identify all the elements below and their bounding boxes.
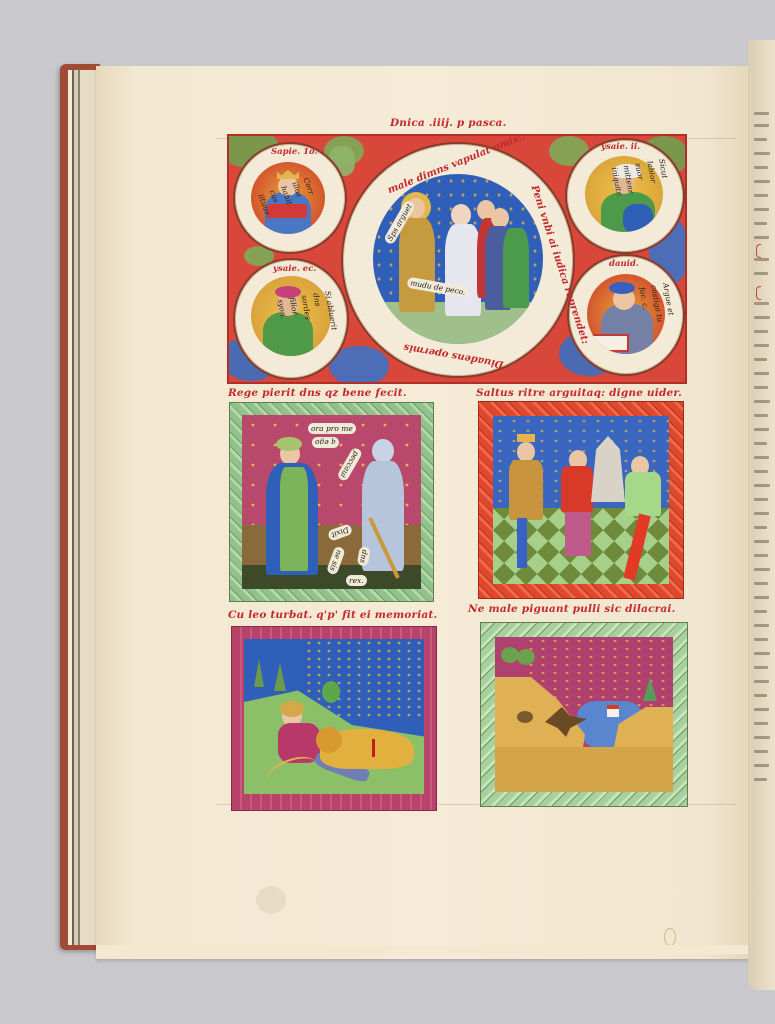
tree: [274, 663, 286, 691]
miniature-prophet-knight: ora pro me q ego peccaui Dixit dns ne si…: [229, 402, 434, 602]
medallion-label: dauid.: [609, 259, 639, 269]
medallion-david: dauid. Argue et castiga tu fac. c.: [567, 254, 685, 376]
tiny-house: [607, 705, 619, 717]
stain: [256, 886, 286, 914]
tree: [517, 649, 535, 665]
tree: [254, 659, 264, 687]
miniature-lion-archer: [231, 626, 437, 811]
rock-ground: [495, 747, 673, 792]
king-tunic: [509, 460, 543, 520]
christ-figure: [399, 218, 435, 312]
medallion-label: ysaie. ii.: [601, 142, 640, 152]
crown-icon: [517, 434, 535, 442]
page-edges: [68, 70, 98, 945]
apostle-green-robe: [503, 228, 529, 308]
green-hood: [276, 437, 302, 451]
blue-hose: [517, 518, 527, 568]
blonde-hair: [280, 701, 304, 717]
crown-icon: [277, 170, 299, 179]
miniature-eagles-nest: [480, 622, 688, 807]
bearer-green-tunic: [625, 472, 661, 516]
pink-hose: [565, 512, 591, 556]
blue-cap: [609, 282, 635, 294]
scene-background: [493, 416, 669, 584]
header-rubric: Dnica .iiij. p pasca.: [390, 117, 506, 129]
blood: [372, 739, 375, 757]
medallion-sapientia: Sapie. 1o. Corr illos habit cus iituus.: [233, 142, 347, 254]
miniature-caption: Saltus ritre arguitaq: digne uider.: [476, 387, 682, 399]
lion-head: [316, 727, 342, 753]
ring-inscription: Diuadens opermis: [403, 341, 505, 369]
medallion-ysaie-ii: ysaie. ii. Sicut labior suor mittenr ini…: [565, 138, 685, 254]
scene-background: [244, 639, 424, 794]
apostle-head: [491, 208, 509, 228]
bearer-red-tunic: [561, 466, 593, 512]
scene-background: ora pro me q ego peccaui Dixit dns ne si…: [242, 415, 421, 589]
medallion-label: ysaie. ec.: [273, 264, 316, 274]
top-illuminated-panel: Sapie. 1o. Corr illos habit cus iituus. …: [227, 134, 687, 384]
prophet-green-robe: [280, 467, 308, 571]
blue-mantle: [623, 204, 653, 232]
miniature-caption: Ne male piguant pulli sic dilacrai.: [468, 603, 675, 615]
open-book: [591, 334, 629, 352]
speech-scroll: q ego: [312, 437, 339, 448]
tree: [322, 681, 340, 703]
apostle-head: [451, 204, 471, 226]
speech-scroll: ora pro me: [308, 423, 356, 434]
miniature-caption: Cu leo turbat. q'p' fit ei memoriat.: [228, 609, 437, 621]
medallion-inscription: Argue et castiga tu fac. c.: [636, 282, 678, 328]
miniature-caption: Rege pierit dns qz bene fecit.: [228, 387, 407, 399]
knight-helmet: [372, 439, 394, 463]
roundel-background: Sps arguet mudu de peco.: [373, 174, 543, 344]
scene-background: [495, 637, 673, 792]
medallion-ysaie-ec: ysaie. ec. Si abluerit dns sordes filior…: [233, 258, 349, 380]
miniature-shrine-bearers: [478, 401, 684, 599]
king-head: [517, 442, 535, 462]
central-roundel: Sps arguet mudu de peco. male dimns vapu…: [341, 142, 575, 378]
stain: [664, 928, 676, 946]
apostle-white-robe: [445, 224, 481, 316]
facing-page-edge: [748, 40, 775, 990]
medallion-label: Sapie. 1o.: [271, 147, 318, 157]
speech-scroll: rex.: [346, 575, 367, 586]
eaglet-in-nest: [517, 711, 533, 723]
